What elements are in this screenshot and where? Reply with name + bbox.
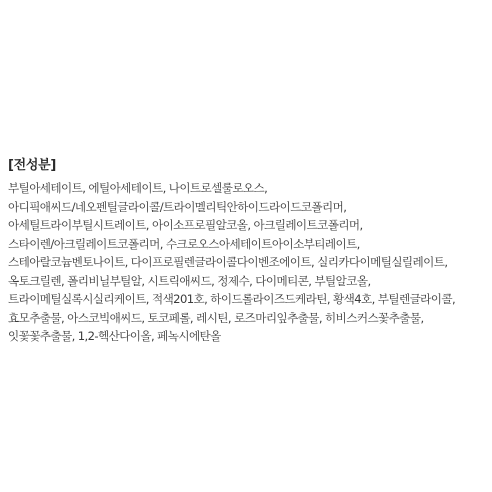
ingredients-line: 스테아랄코늄벤토나이트, 다이프로필렌글라이콜다이벤조에이트, 실리카다이메틸실…: [8, 253, 492, 272]
ingredients-line: 옥토크릴렌, 폴리비닐부틸알, 시트릭애씨드, 정제수, 다이메티콘, 부틸알코…: [8, 272, 492, 291]
ingredients-line: 잇꽃꽃추출물, 1,2-헥산다이올, 페녹시에탄올: [8, 327, 492, 346]
ingredients-line: 아디픽애씨드/네오펜틸글라이콜/트라이멜리틱안하이드라이드코폴리머,: [8, 198, 492, 217]
ingredients-section: [전성분] 부틸아세테이트, 에틸아세테이트, 나이트로셀룰로오스, 아디픽애씨…: [8, 157, 492, 346]
ingredients-line: 트라이메틸실록시실리케이트, 적색201호, 하이드롤라이즈드케라틴, 황색4호…: [8, 290, 492, 309]
ingredients-title: [전성분]: [8, 157, 492, 175]
ingredients-list: 부틸아세테이트, 에틸아세테이트, 나이트로셀룰로오스, 아디픽애씨드/네오펜틸…: [8, 179, 492, 346]
ingredients-line: 효모추출물, 아스코빅애씨드, 토코페롤, 레시틴, 로즈마리잎추출물, 히비스…: [8, 309, 492, 328]
ingredients-line: 아세틸트라이부틸시트레이트, 아이소프로필알코올, 아크릴레이트코폴리머,: [8, 216, 492, 235]
ingredients-line: 스타이렌/아크릴레이트코폴리머, 수크로오스아세테이트아이소부티레이트,: [8, 235, 492, 254]
ingredients-line: 부틸아세테이트, 에틸아세테이트, 나이트로셀룰로오스,: [8, 179, 492, 198]
